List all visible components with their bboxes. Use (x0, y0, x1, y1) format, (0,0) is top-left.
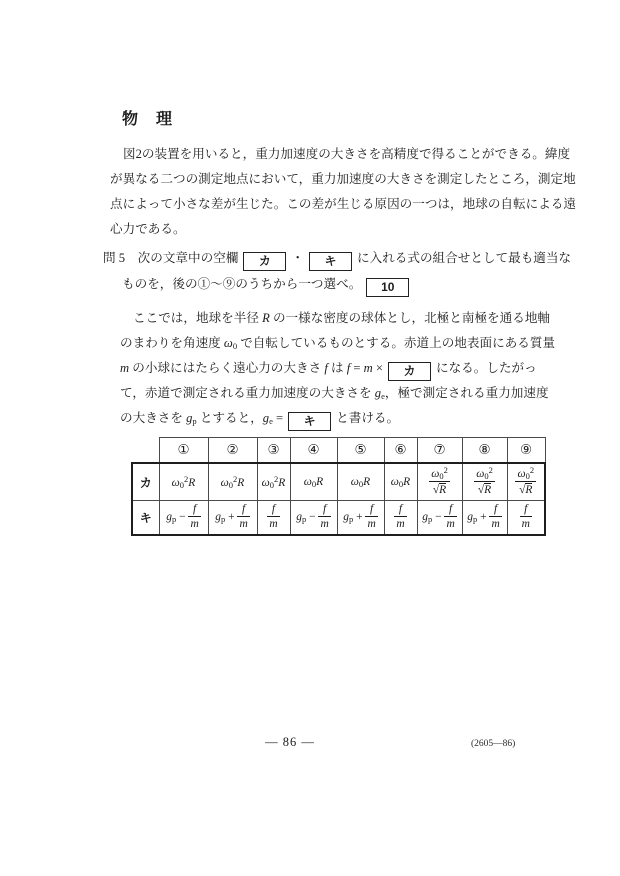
formula-cell: ω02√R (417, 463, 462, 501)
row-ki: キ gp − fm gp + fm fm gp − fm gp + fm fm … (132, 501, 545, 536)
blank-box-ka: カ (243, 252, 286, 271)
option-number-header: ⑥ (384, 438, 417, 464)
option-number-header: ⑦ (417, 438, 462, 464)
question-line-2: ものを，後の①～⑨のうちから一つ選べ。10 (122, 271, 571, 297)
exam-page: 物 理 図2の装置を用いると，重力加速度の大きさを高精度で得ることができる。緯度… (0, 0, 620, 876)
text-line: が異なる二つの測定地点において，重力加速度の大きさを測定したところ，測定地 (110, 167, 576, 192)
text-line: の大きさを gp とすると，ge =キと書ける。 (120, 406, 555, 431)
text-line: のまわりを角速度 ω0 で自転しているものとする。赤道上の地表面にある質量 (120, 331, 555, 356)
option-number-header: ⑨ (507, 438, 545, 464)
formula-cell: ω02R (208, 463, 257, 501)
formula-cell: gp − fm (290, 501, 337, 536)
text-line: 心力である。 (110, 217, 576, 242)
option-number-header: ④ (290, 438, 337, 464)
page-number: — 86 — (220, 735, 360, 750)
blank-box-ki: キ (309, 252, 352, 271)
formula-cell: gp + fm (208, 501, 257, 536)
formula-cell: fm (384, 501, 417, 536)
option-number-header: ① (159, 438, 208, 464)
formula-cell: ω0R (337, 463, 384, 501)
text-line: m の小球にはたらく遠心力の大きさ f は f = m ×カになる。したがっ (120, 356, 555, 381)
formula-cell: gp + fm (462, 501, 507, 536)
formula-cell: ω0R (384, 463, 417, 501)
passage-paragraph: ここでは，地球を半径 R の一様な密度の球体とし，北極と南極を通る地軸 のまわり… (120, 306, 555, 431)
options-table: ① ② ③ ④ ⑤ ⑥ ⑦ ⑧ ⑨ カ ω02R ω02R ω02R ω0R ω… (131, 437, 546, 536)
formula-cell: ω02√R (462, 463, 507, 501)
page-title: 物 理 (122, 106, 173, 129)
text-line: 点によって小さな差が生じた。この差が生じる原因の一つは，地球の自転による遠 (110, 192, 576, 217)
formula-cell: gp + fm (337, 501, 384, 536)
text-line: 図2の装置を用いると，重力加速度の大きさを高精度で得ることができる。緯度 (110, 142, 576, 167)
option-number-header: ② (208, 438, 257, 464)
question-5: 問 5 次の文章中の空欄カ・キに入れる式の組合せとして最も適当な ものを，後の①… (103, 245, 571, 297)
option-number-header: ③ (257, 438, 290, 464)
formula-cell: fm (507, 501, 545, 536)
formula-cell: gp − fm (417, 501, 462, 536)
formula-cell: ω02R (257, 463, 290, 501)
blank-box-ka-inline: カ (388, 362, 431, 381)
blank-box-ki-inline: キ (288, 412, 331, 431)
doc-code: (2605—86) (471, 739, 515, 749)
option-number-header: ⑤ (337, 438, 384, 464)
formula-cell: ω02√R (507, 463, 545, 501)
row-label-ka: カ (132, 463, 159, 501)
answer-number-box: 10 (366, 278, 409, 297)
intro-paragraph: 図2の装置を用いると，重力加速度の大きさを高精度で得ることができる。緯度 が異な… (110, 142, 576, 242)
option-number-header: ⑧ (462, 438, 507, 464)
formula-cell: ω0R (290, 463, 337, 501)
formula-cell: gp − fm (159, 501, 208, 536)
formula-cell: fm (257, 501, 290, 536)
row-label-ki: キ (132, 501, 159, 536)
row-ka: カ ω02R ω02R ω02R ω0R ω0R ω0R ω02√R ω02√R… (132, 463, 545, 501)
formula-cell: ω02R (159, 463, 208, 501)
text-line: ここでは，地球を半径 R の一様な密度の球体とし，北極と南極を通る地軸 (120, 306, 555, 331)
corner-cell (132, 438, 159, 464)
question-line-1: 問 5 次の文章中の空欄カ・キに入れる式の組合せとして最も適当な (103, 245, 571, 271)
text-line: て，赤道で測定される重力加速度の大きさを ge，極で測定される重力加速度 (120, 381, 555, 406)
options-header-row: ① ② ③ ④ ⑤ ⑥ ⑦ ⑧ ⑨ (132, 438, 545, 464)
